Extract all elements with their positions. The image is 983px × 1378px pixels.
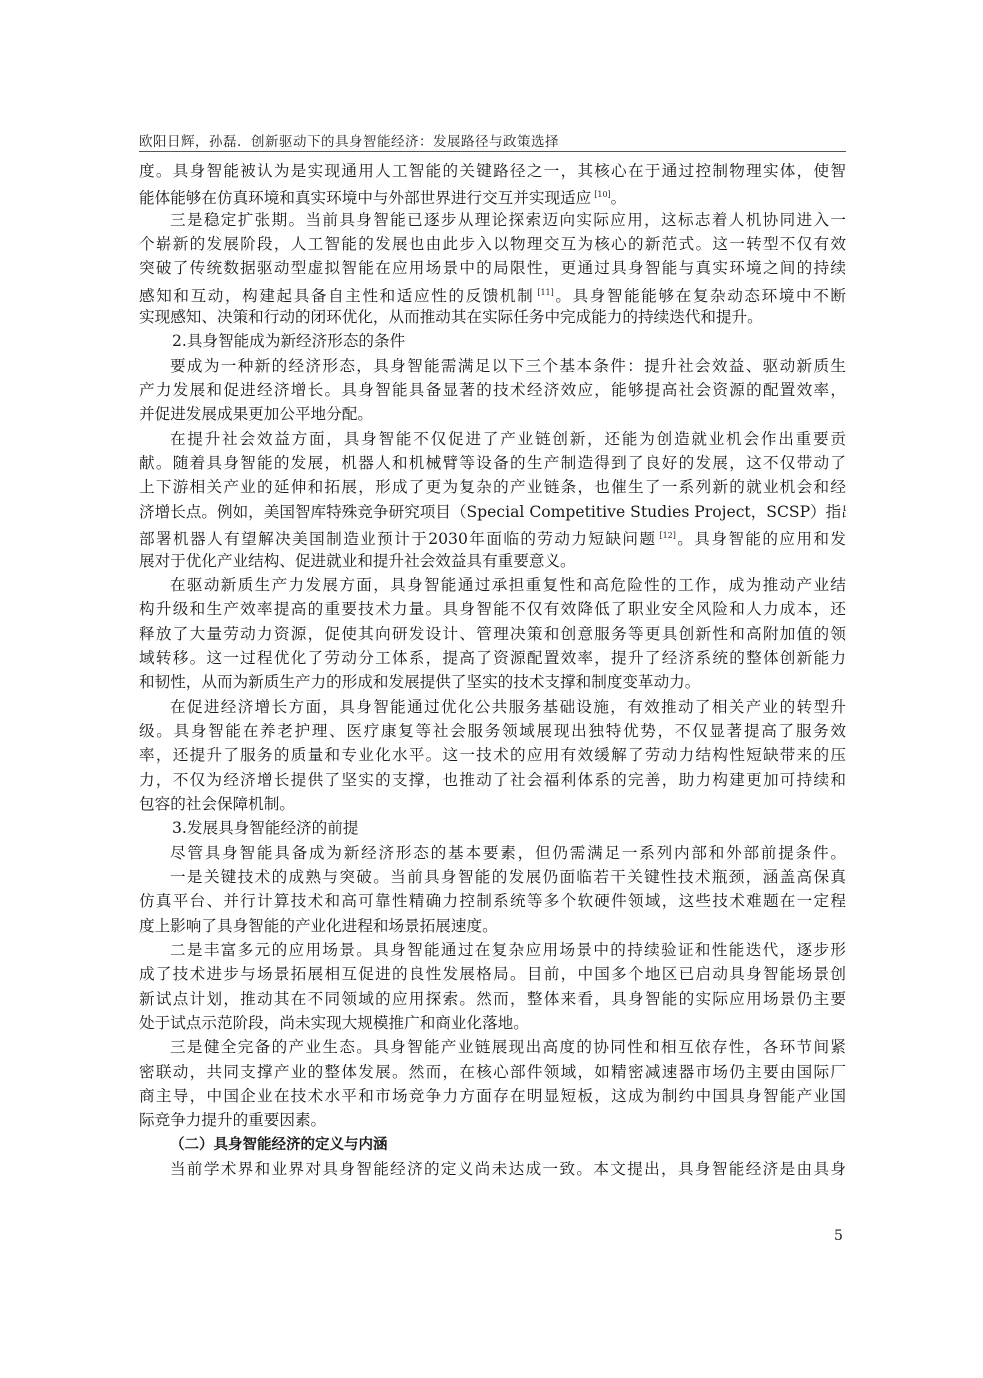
text-line: 实现感知、决策和行动的闭环优化，从而推动其在实际任务中完成能力的持续迭代和提升。 — [139, 305, 846, 329]
line-text: 度。具身智能被认为是实现通用人工智能的关键路径之一，其核心在于通过控制物理实体，… — [139, 162, 846, 180]
text-line: 个崭新的发展阶段，人工智能的发展也由此步入以物理交互为核心的新范式。这一转型不仅… — [139, 232, 846, 256]
line-text: 感知和互动，构建起具备自主性和适应性的反馈机制 — [139, 287, 534, 305]
citation-reference: [11] — [537, 288, 553, 297]
text-line: 展对于优化产业结构、促进就业和提升社会效益具有重要意义。 — [139, 549, 846, 573]
line-text: 在提升社会效益方面，具身智能不仅促进了产业链创新，还能为创造就业机会作出重要贡 — [170, 430, 846, 448]
text-line: 和韧性，从而为新质生产力的形成和发展提供了坚实的技术支撑和制度变革动力。 — [139, 670, 846, 694]
line-text: 力，不仅为经济增长提供了坚实的支撑，也推动了社会福利体系的完善，助力构建更加可持… — [139, 771, 846, 789]
body-text: 度。具身智能被认为是实现通用人工智能的关键路径之一，其核心在于通过控制物理实体，… — [139, 159, 846, 1181]
line-text: 构升级和生产效率提高的重要技术力量。具身智能不仅有效降低了职业安全风险和人力成本… — [139, 600, 846, 618]
text-line: 新试点计划，推动其在不同领域的应用探索。然而，整体来看，具身智能的实际应用场景仍… — [139, 987, 846, 1011]
citation-reference: [12] — [659, 531, 675, 540]
line-text: 成了技术进步与场景拓展相互促进的良性发展格局。目前，中国多个地区已启动具身智能场… — [139, 965, 846, 983]
text-line: 献。随着具身智能的发展，机器人和机械臂等设备的生产制造得到了良好的发展，这不仅带… — [139, 451, 846, 475]
text-line: 产力发展和促进经济增长。具身智能具备显著的技术经济效应，能够提高社会资源的配置效… — [139, 378, 846, 402]
text-line: 能体能够在仿真环境和真实环境中与外部世界进行交互并实现适应[10]。 — [139, 183, 846, 207]
line-text: 上下游相关产业的延伸和拓展，形成了更为复杂的产业链条，也催生了一系列新的就业机会… — [139, 478, 846, 496]
line-text: 3.发展具身智能经济的前提 — [172, 819, 358, 837]
text-line: 构升级和生产效率提高的重要技术力量。具身智能不仅有效降低了职业安全风险和人力成本… — [139, 597, 846, 621]
line-text: 级。具身智能在养老护理、医疗康复等社会服务领域展现出独特优势，不仅显著提高了服务… — [139, 722, 846, 740]
line-text: 在促进经济增长方面，具身智能通过优化公共服务基础设施，有效推动了相关产业的转型升 — [170, 698, 846, 716]
line-text: 在驱动新质生产力发展方面，具身智能通过承担重复性和高危险性的工作，成为推动产业结 — [170, 576, 846, 594]
line-text: 要成为一种新的经济形态，具身智能需满足以下三个基本条件：提升社会效益、驱动新质生 — [170, 357, 846, 375]
text-line: 率，还提升了服务的质量和专业化水平。这一技术的应用有效缓解了劳动力结构性短缺带来… — [139, 743, 846, 767]
text-line: 感知和互动，构建起具备自主性和适应性的反馈机制[11]。具身智能能够在复杂动态环… — [139, 281, 846, 305]
line-text: 献。随着具身智能的发展，机器人和机械臂等设备的生产制造得到了良好的发展，这不仅带… — [139, 454, 846, 472]
line-text-after-cite: 。 — [611, 189, 627, 207]
text-line: 济增长点。例如，美国智库特殊竞争研究项目（Special Competitive… — [139, 500, 846, 524]
line-text: 突破了传统数据驱动型虚拟智能在应用场景中的局限性，更通过具身智能与真实环境之间的… — [139, 259, 846, 277]
text-line: 当前学术界和业界对具身智能经济的定义尚未达成一致。本文提出，具身智能经济是由具身 — [139, 1157, 846, 1181]
line-text: 密联动，共同支撑产业的整体发展。然而，在核心部件领域，如精密减速器市场仍主要由国… — [139, 1063, 846, 1081]
text-line: 际竞争力提升的重要因素。 — [139, 1108, 846, 1132]
line-text: 际竞争力提升的重要因素。 — [139, 1111, 326, 1129]
line-text: 三是稳定扩张期。当前具身智能已逐步从理论探索迈向实际应用，这标志着人机协同进入一 — [170, 211, 846, 229]
header-rule — [139, 151, 846, 152]
text-line: 二是丰富多元的应用场景。具身智能通过在复杂应用场景中的持续验证和性能迭代，逐步形 — [139, 938, 846, 962]
page-number: 5 — [834, 1228, 843, 1244]
text-line: 上下游相关产业的延伸和拓展，形成了更为复杂的产业链条，也催生了一系列新的就业机会… — [139, 475, 846, 499]
line-text: 个崭新的发展阶段，人工智能的发展也由此步入以物理交互为核心的新范式。这一转型不仅… — [139, 235, 846, 253]
section-heading: （二）具身智能经济的定义与内涵 — [139, 1133, 846, 1157]
line-text: 率，还提升了服务的质量和专业化水平。这一技术的应用有效缓解了劳动力结构性短缺带来… — [139, 746, 846, 764]
line-text: 度上影响了具身智能的产业化进程和场景拓展速度。 — [139, 917, 498, 935]
line-text: 和韧性，从而为新质生产力的形成和发展提供了坚实的技术支撑和制度变革动力。 — [139, 673, 700, 691]
line-text: 展对于优化产业结构、促进就业和提升社会效益具有重要意义。 — [139, 552, 576, 570]
text-line: 仿真平台、并行计算技术和高可靠性精确力控制系统等多个软硬件领域，这些技术难题在一… — [139, 889, 846, 913]
line-text: 处于试点示范阶段，尚未实现大规模推广和商业化落地。 — [139, 1014, 529, 1032]
text-line: 度。具身智能被认为是实现通用人工智能的关键路径之一，其核心在于通过控制物理实体，… — [139, 159, 846, 183]
text-line: 度上影响了具身智能的产业化进程和场景拓展速度。 — [139, 914, 846, 938]
text-line: 处于试点示范阶段，尚未实现大规模推广和商业化落地。 — [139, 1011, 846, 1035]
text-line: 级。具身智能在养老护理、医疗康复等社会服务领域展现出独特优势，不仅显著提高了服务… — [139, 719, 846, 743]
text-line: 一是关键技术的成熟与突破。当前具身智能的发展仍面临若干关键性技术瓶颈，涵盖高保真 — [139, 865, 846, 889]
text-line: 部署机器人有望解决美国制造业预计于2030年面临的劳动力短缺问题[12]。具身智… — [139, 524, 846, 548]
text-line: 要成为一种新的经济形态，具身智能需满足以下三个基本条件：提升社会效益、驱动新质生 — [139, 354, 846, 378]
line-text: （二）具身智能经济的定义与内涵 — [170, 1137, 388, 1153]
text-line: 包容的社会保障机制。 — [139, 792, 846, 816]
text-line: 域转移。这一过程优化了劳动分工体系，提高了资源配置效率，提升了经济系统的整体创新… — [139, 646, 846, 670]
line-text: 济增长点。例如，美国智库特殊竞争研究项目（Special Competitive… — [139, 503, 846, 521]
line-text-after-cite: 。具身智能的应用和发 — [676, 530, 846, 548]
document-page: 欧阳日辉，孙磊．创新驱动下的具身智能经济：发展路径与政策选择 度。具身智能被认为… — [0, 0, 983, 1378]
line-text-after-cite: 。具身智能能够在复杂动态环境中不断 — [554, 287, 846, 305]
text-line: 商主导，中国企业在技术水平和市场竞争力方面存在明显短板，这成为制约中国具身智能产… — [139, 1084, 846, 1108]
text-line: 在提升社会效益方面，具身智能不仅促进了产业链创新，还能为创造就业机会作出重要贡 — [139, 427, 846, 451]
line-text: 一是关键技术的成熟与突破。当前具身智能的发展仍面临若干关键性技术瓶颈，涵盖高保真 — [170, 868, 846, 886]
text-line: 在促进经济增长方面，具身智能通过优化公共服务基础设施，有效推动了相关产业的转型升 — [139, 695, 846, 719]
line-text: 二是丰富多元的应用场景。具身智能通过在复杂应用场景中的持续验证和性能迭代，逐步形 — [170, 941, 846, 959]
line-text: 三是健全完备的产业生态。具身智能产业链展现出高度的协同性和相互依存性，各环节间紧 — [170, 1038, 846, 1056]
text-line: 三是稳定扩张期。当前具身智能已逐步从理论探索迈向实际应用，这标志着人机协同进入一 — [139, 208, 846, 232]
line-text: 新试点计划，推动其在不同领域的应用探索。然而，整体来看，具身智能的实际应用场景仍… — [139, 990, 846, 1008]
text-line: 成了技术进步与场景拓展相互促进的良性发展格局。目前，中国多个地区已启动具身智能场… — [139, 962, 846, 986]
line-text: 商主导，中国企业在技术水平和市场竞争力方面存在明显短板，这成为制约中国具身智能产… — [139, 1087, 846, 1105]
line-text: 实现感知、决策和行动的闭环优化，从而推动其在实际任务中完成能力的持续迭代和提升。 — [139, 308, 763, 326]
line-text: 产力发展和促进经济增长。具身智能具备显著的技术经济效应，能够提高社会资源的配置效… — [139, 381, 846, 399]
text-line: 释放了大量劳动力资源，促使其向研发设计、管理决策和创意服务等更具创新性和高附加值… — [139, 622, 846, 646]
text-line: 密联动，共同支撑产业的整体发展。然而，在核心部件领域，如精密减速器市场仍主要由国… — [139, 1060, 846, 1084]
text-line: 突破了传统数据驱动型虚拟智能在应用场景中的局限性，更通过具身智能与真实环境之间的… — [139, 256, 846, 280]
text-line: 在驱动新质生产力发展方面，具身智能通过承担重复性和高危险性的工作，成为推动产业结 — [139, 573, 846, 597]
section-heading: 3.发展具身智能经济的前提 — [139, 816, 846, 840]
line-text: 尽管具身智能具备成为新经济形态的基本要素，但仍需满足一系列内部和外部前提条件。 — [170, 844, 846, 862]
line-text: 仿真平台、并行计算技术和高可靠性精确力控制系统等多个软硬件领域，这些技术难题在一… — [139, 892, 846, 910]
line-text: 域转移。这一过程优化了劳动分工体系，提高了资源配置效率，提升了经济系统的整体创新… — [139, 649, 846, 667]
text-line: 尽管具身智能具备成为新经济形态的基本要素，但仍需满足一系列内部和外部前提条件。 — [139, 841, 846, 865]
section-heading: 2.具身智能成为新经济形态的条件 — [139, 329, 846, 353]
text-line: 力，不仅为经济增长提供了坚实的支撑，也推动了社会福利体系的完善，助力构建更加可持… — [139, 768, 846, 792]
running-head: 欧阳日辉，孙磊．创新驱动下的具身智能经济：发展路径与政策选择 — [139, 130, 846, 150]
line-text: 并促进发展成果更加公平地分配。 — [139, 405, 373, 423]
line-text: 部署机器人有望解决美国制造业预计于2030年面临的劳动力短缺问题 — [139, 530, 656, 548]
line-text: 2.具身智能成为新经济形态的条件 — [172, 332, 405, 350]
line-text: 当前学术界和业界对具身智能经济的定义尚未达成一致。本文提出，具身智能经济是由具身 — [170, 1160, 846, 1178]
text-line: 并促进发展成果更加公平地分配。 — [139, 402, 846, 426]
line-text: 能体能够在仿真环境和真实环境中与外部世界进行交互并实现适应 — [139, 189, 591, 207]
line-text: 包容的社会保障机制。 — [139, 795, 295, 813]
citation-reference: [10] — [594, 190, 610, 199]
line-text: 释放了大量劳动力资源，促使其向研发设计、管理决策和创意服务等更具创新性和高附加值… — [139, 625, 846, 643]
text-line: 三是健全完备的产业生态。具身智能产业链展现出高度的协同性和相互依存性，各环节间紧 — [139, 1035, 846, 1059]
